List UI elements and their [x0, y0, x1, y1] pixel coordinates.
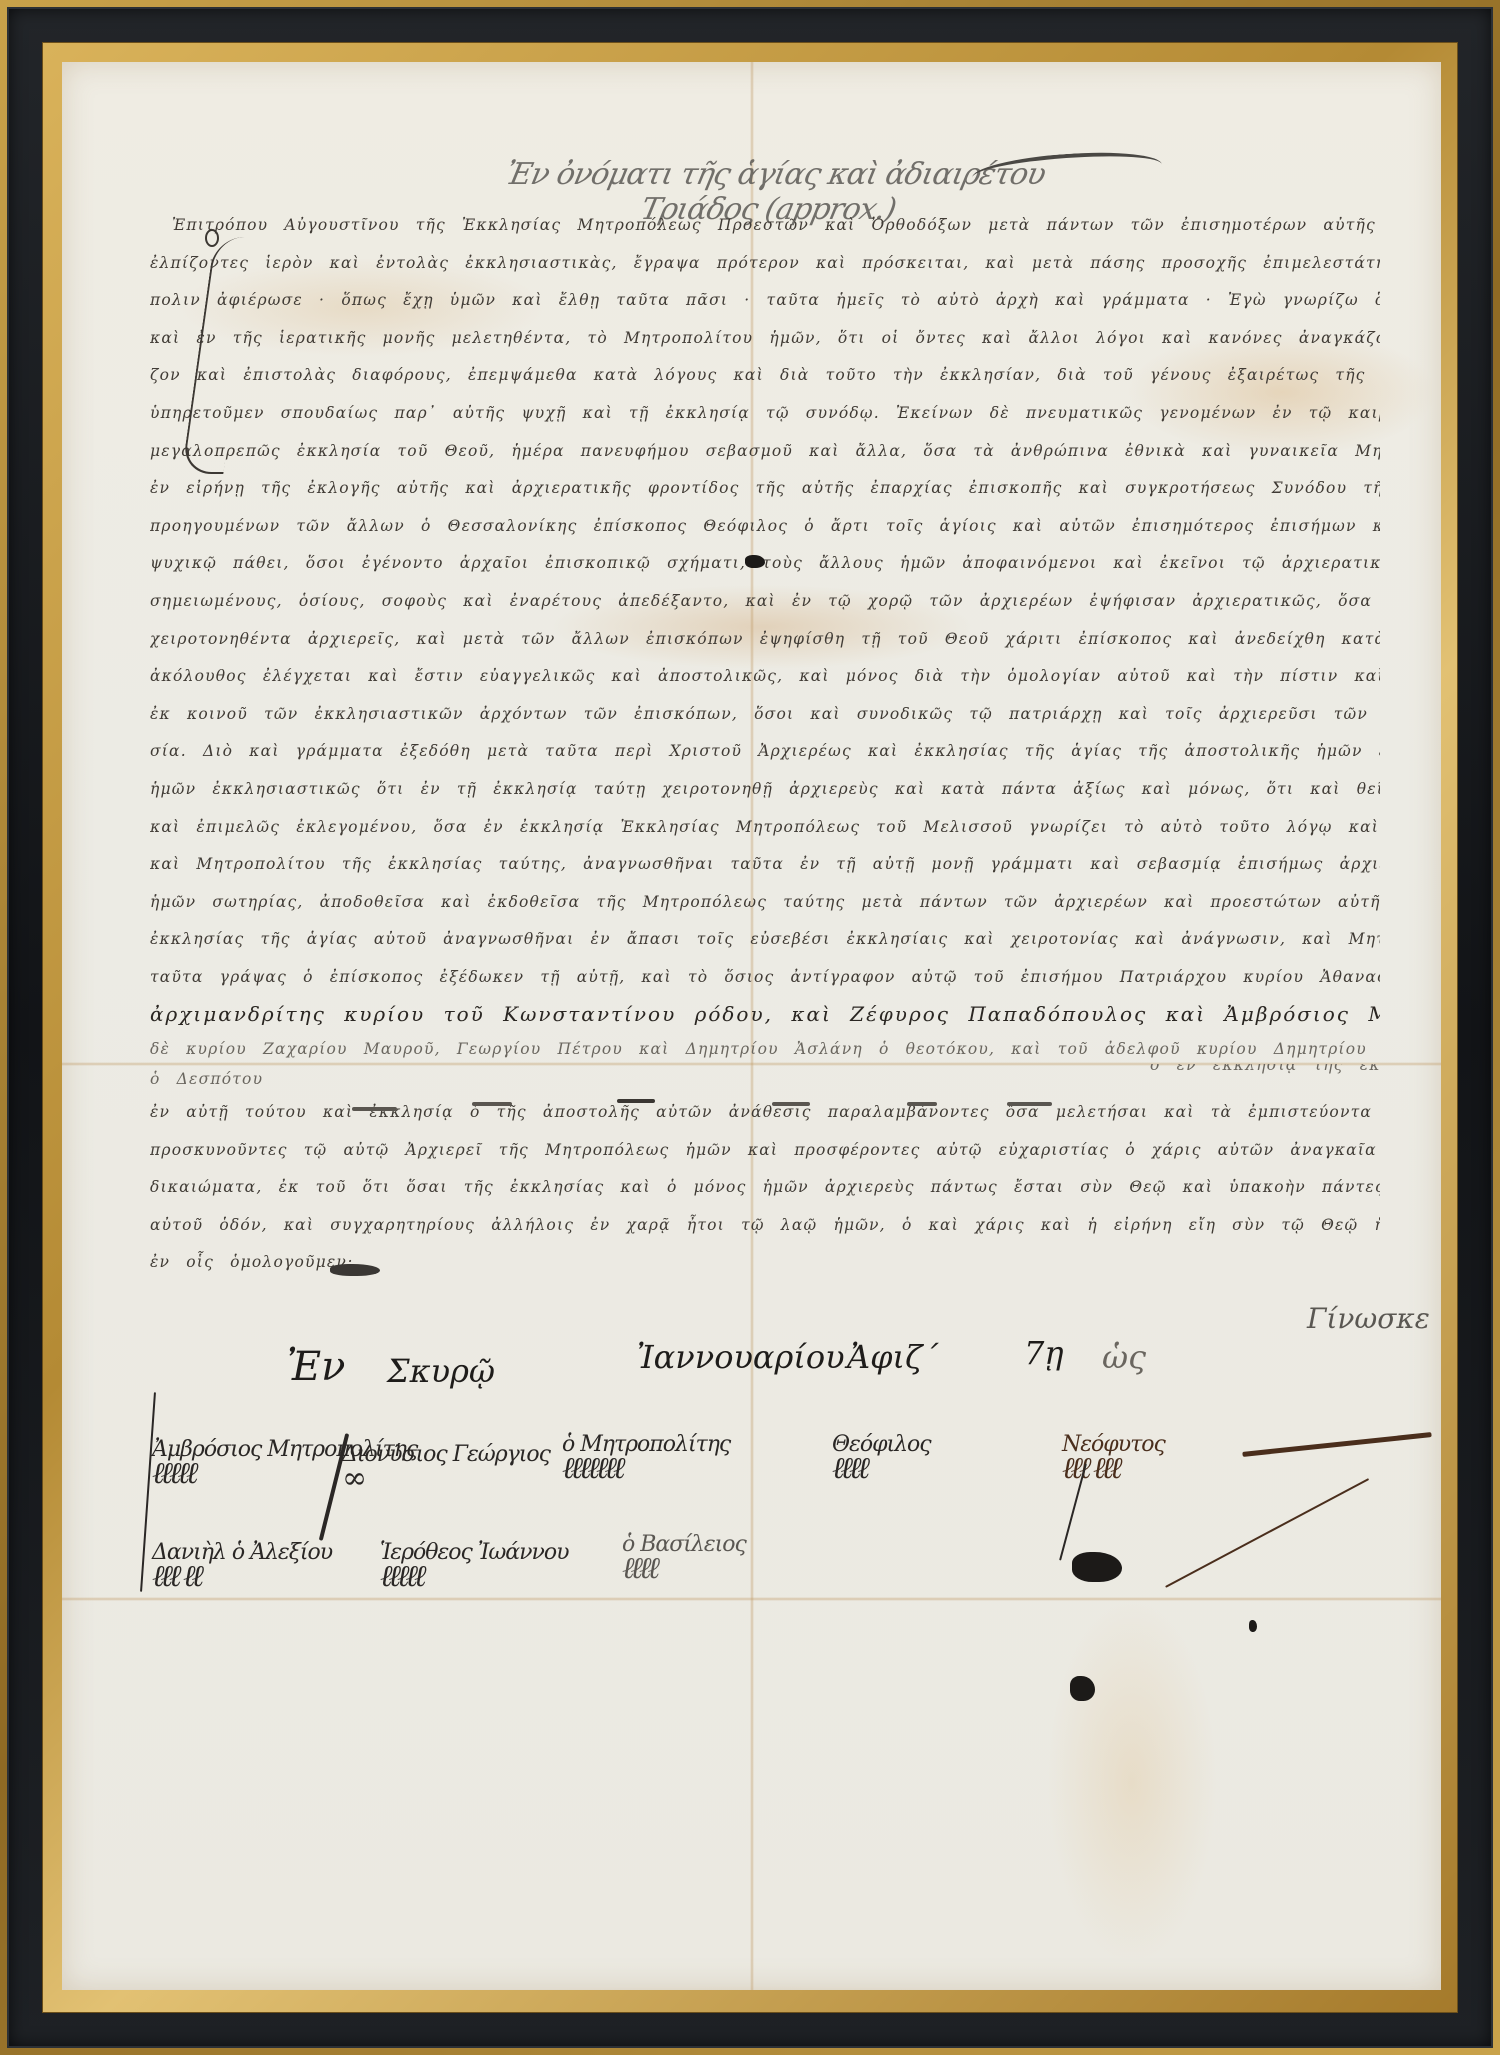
- body-line: προηγουμένων τῶν ἄλλων ὁ Θεσσαλονίκης ἐπ…: [150, 508, 1380, 546]
- closing-line: ἐν αὐτῇ τούτου καὶ ἐκκλησίᾳ ὁ τῆς ἀποστο…: [150, 1094, 1380, 1132]
- date-day: 7ῃ: [1024, 1334, 1064, 1372]
- body-line: Ἐπιτρόπου Αὐγουστῖνου τῆς Ἐκκλησίας Μητρ…: [150, 207, 1380, 245]
- manuscript-body: Ἐπιτρόπου Αὐγουστῖνου τῆς Ἐκκλησίας Μητρ…: [150, 207, 1380, 1282]
- ink-dash: [472, 1102, 512, 1106]
- closing-line: δικαιώματα, ἐκ τοῦ ὅτι ὅσαι τῆς ἐκκλησία…: [150, 1169, 1380, 1207]
- body-line: μεγαλοπρεπῶς ἐκκλησία τοῦ Θεοῦ, ἡμέρα πα…: [150, 433, 1380, 471]
- body-line: ταῦτα γράψας ὁ ἐπίσκοπος ἐξέδωκεν τῇ αὐτ…: [150, 959, 1380, 997]
- manuscript-paper: Ἐν ὀνόματι τῆς ἁγίας καὶ ἀδιαιρέτου Τριά…: [62, 62, 1441, 1990]
- body-line: χειροτονηθέντα ἀρχιερεῖς, καὶ μετὰ τῶν ἄ…: [150, 621, 1380, 659]
- body-line: ψυχικῷ πάθει, ὅσοι ἐγένοντο ἀρχαῖοι ἐπισ…: [150, 545, 1380, 583]
- body-line: ἐν εἰρήνῃ τῆς ἐκλογῆς αὐτῆς καὶ ἀρχιερατ…: [150, 470, 1380, 508]
- ink-dash: [772, 1102, 810, 1106]
- signature: Νεόφυτος ℓℓℓ ℓℓℓ: [1062, 1432, 1165, 1486]
- signature: Ἱερόθεος Ἰωάννου ℓℓℓℓℓ: [380, 1540, 569, 1594]
- body-line-emphasized: ἀρχιμανδρίτης κυρίου τοῦ Κωνσταντίνου ρό…: [150, 996, 1380, 1034]
- closing-line: αὐτοῦ ὁδόν, καὶ συγχαρητηρίους ἀλλήλοις …: [150, 1207, 1380, 1245]
- ink-blot: [1070, 1676, 1095, 1701]
- signature-name: Διονύσιος Γεώργιος: [342, 1442, 550, 1467]
- signature-flourish-stroke: [1165, 1478, 1369, 1587]
- continuation-right: ὁ ἐν ἐκκλησίᾳ τῆς ἐκκλη-: [1150, 1064, 1380, 1080]
- horizontal-fold-line: [62, 1597, 1441, 1601]
- body-line: ἡμῶν ἐκκλησιαστικῶς ὅτι ἐν τῇ ἐκκλησίᾳ τ…: [150, 771, 1380, 809]
- body-line: ζον καὶ ἐπιστολὰς διαφόρους, ἐπεμψάμεθα …: [150, 357, 1380, 395]
- body-line: σημειωμένους, ὁσίους, σοφοὺς καὶ ἐναρέτο…: [150, 583, 1380, 621]
- body-line: καὶ ἐν τῆς ἱερατικῆς μονῆς μελετηθέντα, …: [150, 320, 1380, 358]
- margin-flourish-loop-icon: [205, 229, 219, 247]
- date-year: Ἀφιζ΄: [847, 1338, 938, 1376]
- signature: Δανιὴλ ὁ Ἀλεξίου ℓℓℓ ℓℓ: [152, 1540, 332, 1594]
- ink-dash: [1007, 1102, 1052, 1106]
- body-line: ἐλπίζοντες ἱερὸν καὶ ἐντολὰς ἐκκλησιαστι…: [150, 245, 1380, 283]
- signature-flourish-stroke: [1242, 1432, 1431, 1457]
- body-line: καὶ Μητροπολίτου τῆς ἐκκλησίας ταύτης, ἀ…: [150, 846, 1380, 884]
- date-suffix: ὡς: [1102, 1338, 1146, 1376]
- signature: ὁ Βασίλειος ℓℓℓℓ: [622, 1532, 746, 1586]
- ink-dash: [352, 1107, 397, 1111]
- closing-flourish: Γίνωσκε: [1307, 1302, 1430, 1335]
- body-line: καὶ ἐπιμελῶς ἐκλεγομένου, ὅσα ἐν ἐκκλησί…: [150, 809, 1380, 847]
- closing-line: ἐν οἷς ὁμολογοῦμεν:: [150, 1244, 1380, 1282]
- body-line-faded: ὁ Δεσπότου ὁ ἐν ἐκκλησίᾳ τῆς ἐκκλη-: [150, 1064, 1380, 1094]
- ink-smudge: [330, 1264, 380, 1276]
- body-line-faded-text: ὁ Δεσπότου: [150, 1070, 263, 1088]
- body-line: ἡμῶν σωτηρίας, ἀποδοθεῖσα καὶ ἐκδοθεῖσα …: [150, 884, 1380, 922]
- ink-blot: [1249, 1620, 1257, 1632]
- body-line-faded: δὲ κυρίου Ζαχαρίου Μαυροῦ, Γεωργίου Πέτρ…: [150, 1034, 1380, 1064]
- date-line: Ἐν Σκυρῷ Ἰαννουαρίου Ἀφιζ΄ 7ῃ ὡς: [272, 1332, 1172, 1412]
- body-line: ἐκ κοινοῦ τῶν ἐκκλησιαστικῶν ἀρχόντων τῶ…: [150, 696, 1380, 734]
- ink-blot: [745, 555, 765, 568]
- body-line: ὑπηρετοῦμεν σπουδαίως παρ᾽ αὐτῆς ψυχῇ κα…: [150, 395, 1380, 433]
- ink-dash: [907, 1102, 937, 1106]
- body-line: πολιν ἀφιέρωσε · ὅπως ἔχῃ ὑμῶν καὶ ἔλθῃ …: [150, 282, 1380, 320]
- signature: Θεόφιλος ℓℓℓℓ: [832, 1432, 931, 1486]
- signature: Διονύσιος Γεώργιος ∞: [342, 1442, 550, 1496]
- date-month: Ἰαννουαρίου: [637, 1338, 845, 1376]
- signature: ὁ Μητροπολίτης ℓℓℓℓℓℓℓ: [562, 1432, 730, 1486]
- ink-dash: [617, 1099, 655, 1103]
- date-in: Ἐν: [287, 1344, 345, 1390]
- body-line: ἐκκλησίας τῆς ἁγίας αὐτοῦ ἀναγνωσθῆναι ἐ…: [150, 921, 1380, 959]
- closing-line: προσκυνοῦντες τῷ αὐτῷ Ἀρχιερεῖ τῆς Μητρο…: [150, 1132, 1380, 1170]
- ink-blot: [1072, 1552, 1122, 1582]
- body-line: σία. Διὸ καὶ γράμματα ἐξεδόθη μετὰ ταῦτα…: [150, 733, 1380, 771]
- date-place: Σκυρῷ: [387, 1352, 495, 1390]
- body-line: ἀκόλουθος ἐλέγχεται καὶ ἔστιν εὐαγγελικῶ…: [150, 658, 1380, 696]
- heading-flourish: [971, 147, 1163, 194]
